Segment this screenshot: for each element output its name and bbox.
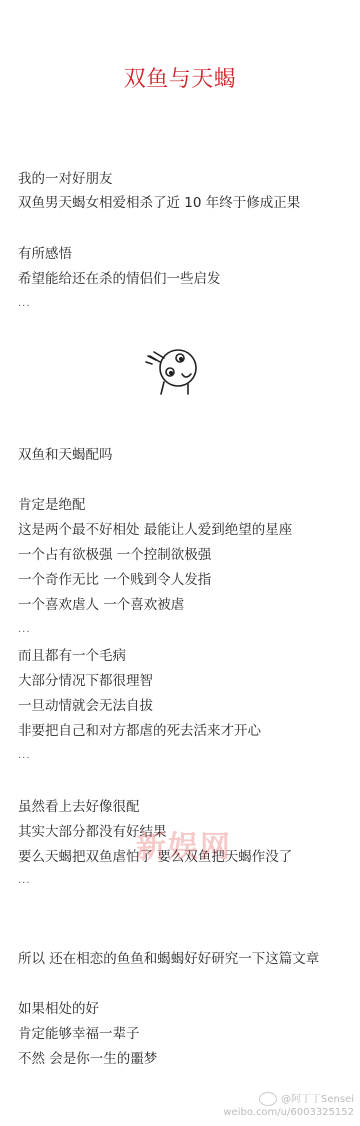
- text-line: 一个喜欢虐人 一个喜欢被虐: [18, 596, 184, 614]
- text-line: 不然 会是你一生的噩梦: [18, 1050, 157, 1068]
- article-title: 双鱼与天蝎: [0, 62, 360, 93]
- watermark: 新娱网: [136, 822, 232, 866]
- cartoon-face-icon: [142, 338, 202, 398]
- text-line: 这是两个最不好相处 最能让人爱到绝望的星座: [18, 521, 292, 539]
- ellipsis: ...: [18, 750, 31, 761]
- text-line: 虽然看上去好像很配: [18, 798, 140, 816]
- weibo-footer: @阿丁丁Sensei weibo.com/u/6003325152: [223, 1092, 354, 1119]
- text-line: 双鱼和天蝎配吗: [18, 446, 113, 464]
- text-line: 肯定是绝配: [18, 496, 86, 514]
- footer-url: weibo.com/u/6003325152: [223, 1106, 354, 1119]
- text-line: 所以 还在相恋的鱼鱼和蝎蝎好好研究一下这篇文章: [18, 950, 319, 968]
- text-line: 一旦动情就会无法自拔: [18, 697, 153, 715]
- ellipsis: ...: [18, 624, 31, 635]
- text-line: 而且都有一个毛病: [18, 647, 126, 665]
- text-line: 肯定能够幸福一辈子: [18, 1025, 140, 1043]
- footer-handle: @阿丁丁Sensei: [281, 1094, 354, 1105]
- text-line: 我的一对好朋友: [18, 170, 113, 188]
- text-line: 大部分情况下都很理智: [18, 672, 153, 690]
- text-line: 有所感悟: [18, 245, 72, 263]
- ellipsis: ...: [18, 298, 31, 309]
- text-line: 双鱼男天蝎女相爱相杀了近 10 年终于修成正果: [18, 194, 300, 212]
- ellipsis: ...: [18, 875, 31, 886]
- text-line: 一个占有欲极强 一个控制欲极强: [18, 546, 211, 564]
- text-line: 如果相处的好: [18, 1000, 99, 1018]
- text-line: 一个奇作无比 一个贱到令人发指: [18, 571, 211, 589]
- weibo-logo-icon: [259, 1092, 277, 1106]
- text-line: 希望能给还在杀的情侣们一些启发: [18, 270, 221, 288]
- text-line: 非要把自己和对方都虐的死去活来才开心: [18, 722, 261, 740]
